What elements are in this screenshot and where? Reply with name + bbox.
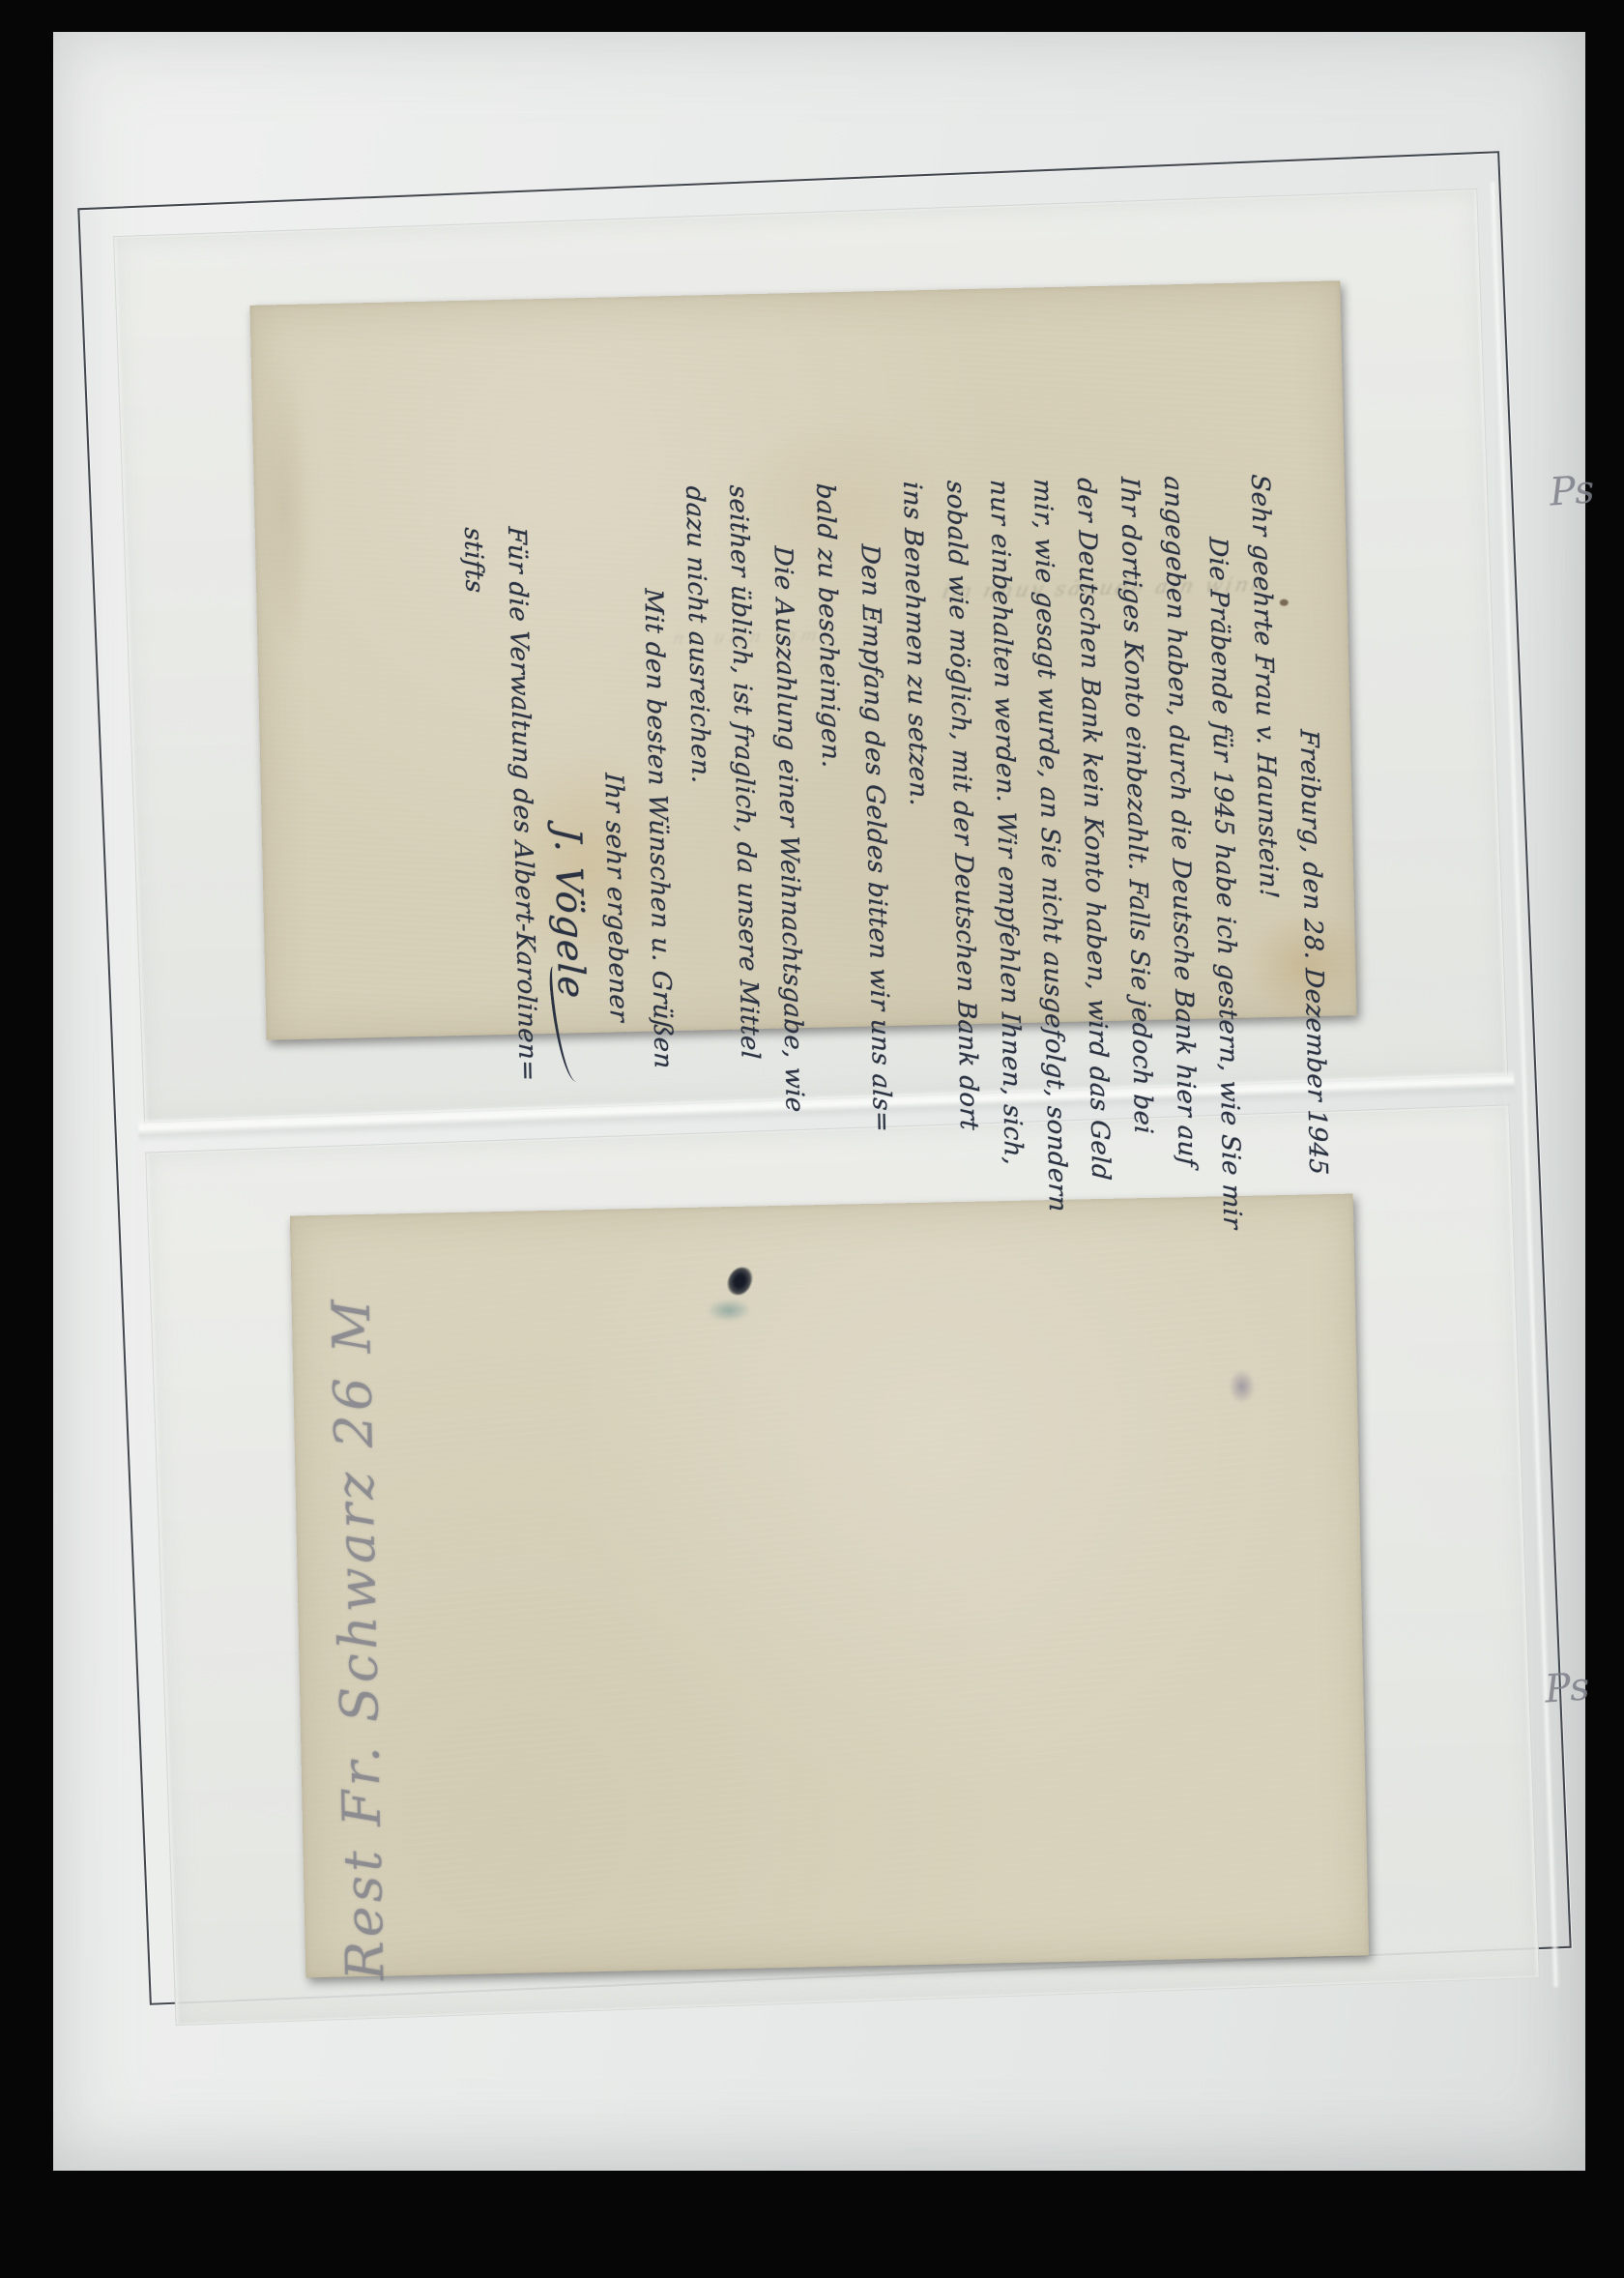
ink-smudge-blue — [1229, 1370, 1255, 1404]
ink-blot — [724, 1264, 755, 1299]
handwritten-letter: Freiburg, den 28. Dezember 1945Sehr geeh… — [449, 473, 1340, 1226]
ink-smudge-teal — [708, 1300, 750, 1322]
pencil-page-mark-2: Ps — [1543, 1664, 1590, 1711]
postcard-handwritten-letter: Freiburg, den 28. Dezember 1945Sehr geeh… — [290, 1194, 1369, 1978]
pencil-annotation: Rest Fr. Schwarz 26 M — [320, 1277, 443, 1981]
stain — [255, 363, 316, 654]
photo-backdrop: im nnuv sänude ain wink nu umn inm Freib… — [0, 0, 1624, 2278]
pencil-page-mark-1: Ps — [1548, 467, 1595, 514]
album-page: im nnuv sänude ain wink nu umn inm Freib… — [53, 32, 1585, 2171]
